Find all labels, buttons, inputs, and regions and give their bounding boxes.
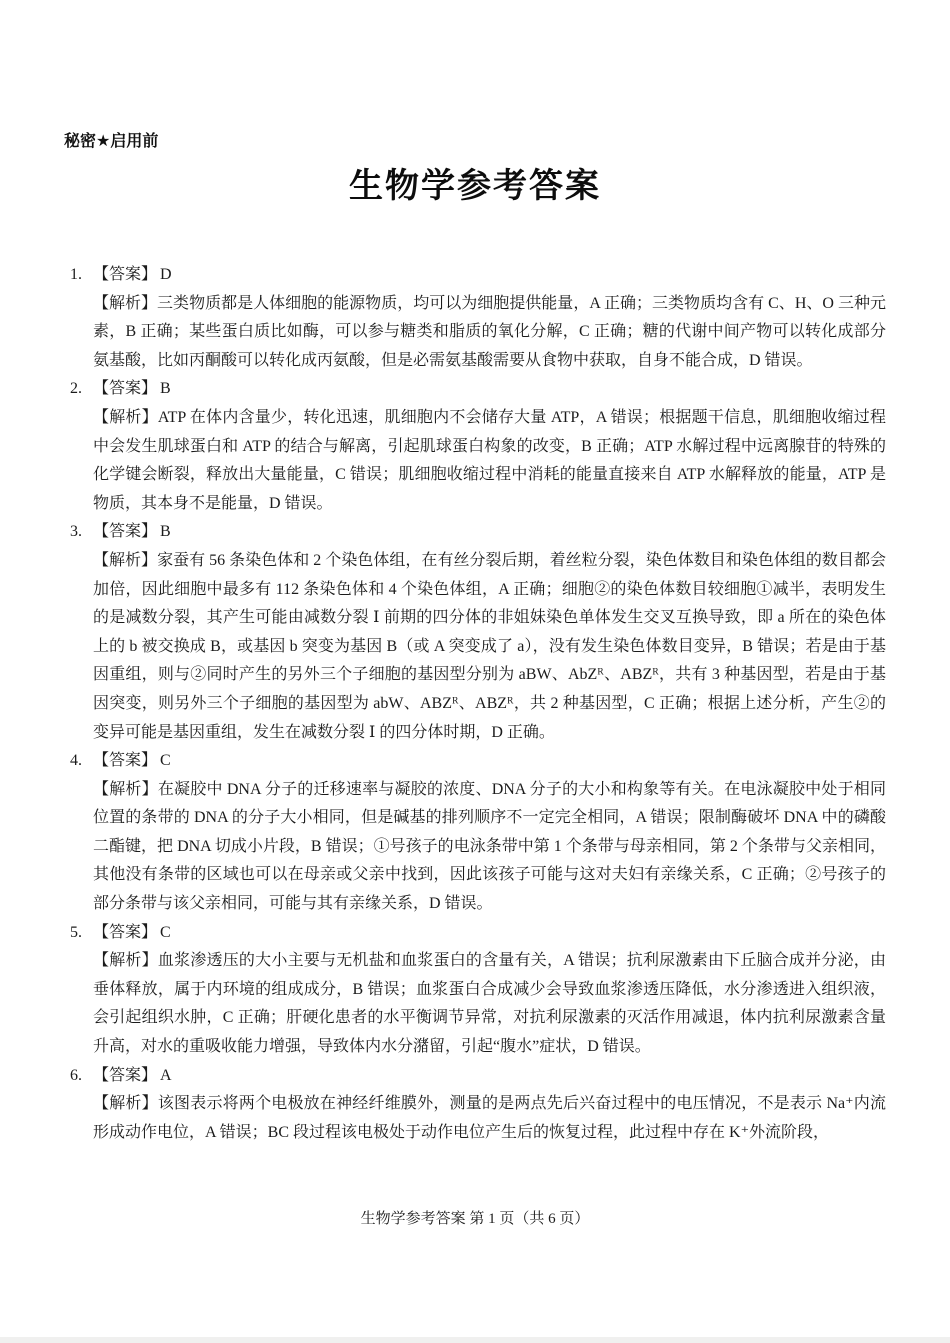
question-body: 【答案】D 【解析】三类物质都是人体细胞的能源物质，均可以为细胞提供能量，A 正…: [93, 261, 886, 375]
answer-value: C: [160, 752, 171, 769]
question-body: 【答案】B 【解析】ATP 在体内含量少，转化迅速，肌细胞内不会储存大量 ATP…: [93, 375, 886, 518]
question-body: 【答案】C 【解析】血浆渗透压的大小主要与无机盐和血浆蛋白的含量有关，A 错误；…: [93, 919, 886, 1062]
question-number: 5.: [70, 919, 82, 948]
question-body: 【答案】C 【解析】在凝胶中 DNA 分子的迁移速率与凝胶的浓度、DNA 分子的…: [93, 747, 886, 919]
question-item: 6. 【答案】A 【解析】该图表示将两个电极放在神经纤维膜外，测量的是两点先后兴…: [64, 1062, 886, 1148]
analysis-label: 【解析】: [93, 1095, 158, 1112]
answer-label: 【答案】: [93, 752, 157, 769]
question-number: 3.: [70, 518, 82, 547]
answer-value: B: [160, 523, 171, 540]
analysis-paragraph: 【解析】三类物质都是人体细胞的能源物质，均可以为细胞提供能量，A 正确；三类物质…: [93, 290, 886, 376]
analysis-label: 【解析】: [93, 952, 158, 969]
answer-label: 【答案】: [93, 266, 157, 283]
analysis-label: 【解析】: [93, 409, 158, 426]
question-number: 6.: [70, 1062, 82, 1091]
scan-bottom-edge: [0, 1337, 950, 1343]
answer-label: 【答案】: [93, 924, 157, 941]
answer-line: 【答案】C: [93, 747, 886, 776]
analysis-text: 在凝胶中 DNA 分子的迁移速率与凝胶的浓度、DNA 分子的大小和构象等有关。在…: [93, 781, 886, 912]
question-item: 5. 【答案】C 【解析】血浆渗透压的大小主要与无机盐和血浆蛋白的含量有关，A …: [64, 919, 886, 1062]
question-item: 3. 【答案】B 【解析】家蚕有 56 条染色体和 2 个染色体组，在有丝分裂后…: [64, 518, 886, 747]
question-item: 2. 【答案】B 【解析】ATP 在体内含量少，转化迅速，肌细胞内不会储存大量 …: [64, 375, 886, 518]
question-item: 1. 【答案】D 【解析】三类物质都是人体细胞的能源物质，均可以为细胞提供能量，…: [64, 261, 886, 375]
answer-line: 【答案】A: [93, 1062, 886, 1091]
question-number: 1.: [70, 261, 82, 290]
question-number: 2.: [70, 375, 82, 404]
answer-line: 【答案】B: [93, 375, 886, 404]
analysis-paragraph: 【解析】该图表示将两个电极放在神经纤维膜外，测量的是两点先后兴奋过程中的电压情况…: [93, 1090, 886, 1147]
analysis-paragraph: 【解析】血浆渗透压的大小主要与无机盐和血浆蛋白的含量有关，A 错误；抗利尿激素由…: [93, 947, 886, 1061]
answer-line: 【答案】C: [93, 919, 886, 948]
answer-sheet-page: 秘密★启用前 生物学参考答案 1. 【答案】D 【解析】三类物质都是人体细胞的能…: [0, 0, 950, 1343]
page-footer: 生物学参考答案 第 1 页（共 6 页）: [0, 1207, 950, 1228]
analysis-label: 【解析】: [93, 295, 157, 312]
analysis-text: 血浆渗透压的大小主要与无机盐和血浆蛋白的含量有关，A 错误；抗利尿激素由下丘脑合…: [93, 952, 886, 1055]
question-body: 【答案】A 【解析】该图表示将两个电极放在神经纤维膜外，测量的是两点先后兴奋过程…: [93, 1062, 886, 1148]
answer-line: 【答案】B: [93, 518, 886, 547]
question-list: 1. 【答案】D 【解析】三类物质都是人体细胞的能源物质，均可以为细胞提供能量，…: [64, 261, 886, 1147]
answer-value: C: [160, 924, 171, 941]
answer-value: B: [160, 380, 171, 397]
analysis-paragraph: 【解析】在凝胶中 DNA 分子的迁移速率与凝胶的浓度、DNA 分子的大小和构象等…: [93, 776, 886, 919]
analysis-text: 家蚕有 56 条染色体和 2 个染色体组，在有丝分裂后期，着丝粒分裂，染色体数目…: [93, 552, 886, 741]
question-item: 4. 【答案】C 【解析】在凝胶中 DNA 分子的迁移速率与凝胶的浓度、DNA …: [64, 747, 886, 919]
question-number: 4.: [70, 747, 82, 776]
answer-label: 【答案】: [93, 1067, 157, 1084]
analysis-paragraph: 【解析】ATP 在体内含量少，转化迅速，肌细胞内不会储存大量 ATP，A 错误；…: [93, 404, 886, 518]
analysis-paragraph: 【解析】家蚕有 56 条染色体和 2 个染色体组，在有丝分裂后期，着丝粒分裂，染…: [93, 547, 886, 747]
answer-value: D: [160, 266, 172, 283]
page-title: 生物学参考答案: [0, 158, 950, 207]
answer-line: 【答案】D: [93, 261, 886, 290]
answer-value: A: [160, 1067, 172, 1084]
analysis-text: 三类物质都是人体细胞的能源物质，均可以为细胞提供能量，A 正确；三类物质均含有 …: [93, 295, 886, 369]
analysis-text: 该图表示将两个电极放在神经纤维膜外，测量的是两点先后兴奋过程中的电压情况，不是表…: [93, 1095, 886, 1141]
analysis-label: 【解析】: [93, 781, 158, 798]
classification-label: 秘密★启用前: [64, 128, 158, 151]
analysis-label: 【解析】: [93, 552, 157, 569]
answer-label: 【答案】: [93, 380, 157, 397]
analysis-text: ATP 在体内含量少，转化迅速，肌细胞内不会储存大量 ATP，A 错误；根据题干…: [93, 409, 886, 512]
question-body: 【答案】B 【解析】家蚕有 56 条染色体和 2 个染色体组，在有丝分裂后期，着…: [93, 518, 886, 747]
answer-label: 【答案】: [93, 523, 157, 540]
